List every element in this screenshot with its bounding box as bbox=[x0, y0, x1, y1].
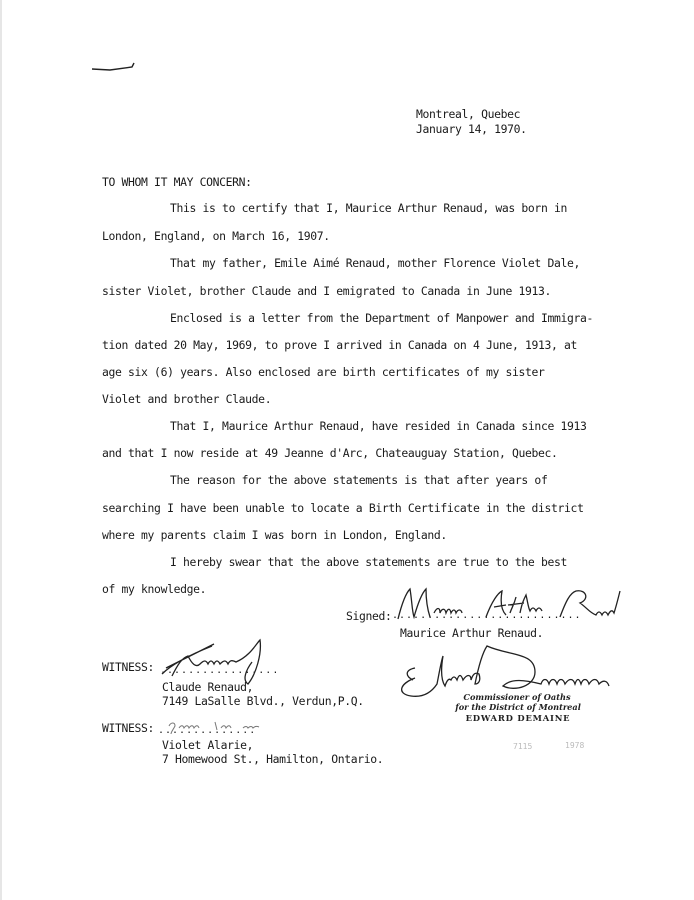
body-line: The reason for the above statements is t… bbox=[170, 473, 547, 487]
witness-2-name: Violet Alarie, bbox=[162, 738, 253, 752]
body-line: That my father, Emile Aimé Renaud, mothe… bbox=[170, 256, 580, 270]
body-line: sister Violet, brother Claude and I emig… bbox=[102, 284, 551, 298]
typed-name-signatory: Maurice Arthur Renaud. bbox=[400, 626, 543, 640]
body-line: and that I now reside at 49 Jeanne d'Arc… bbox=[102, 446, 558, 460]
witness-2-dotted-line: .............. bbox=[158, 724, 256, 738]
body-line: searching I have been unable to locate a… bbox=[102, 501, 584, 515]
salutation: TO WHOM IT MAY CONCERN: bbox=[102, 175, 252, 189]
faint-mark: 7115 bbox=[513, 742, 532, 751]
faint-mark: 1978 bbox=[565, 741, 584, 750]
witness-2-address: 7 Homewood St., Hamilton, Ontario. bbox=[162, 752, 383, 766]
pen-mark bbox=[90, 60, 140, 76]
commissioner-title-line1: Commissioner of Oaths bbox=[442, 692, 592, 702]
date-line: January 14, 1970. bbox=[416, 122, 527, 136]
witness-1-label: WITNESS: bbox=[102, 660, 154, 674]
witness-2-label: WITNESS: bbox=[102, 721, 154, 735]
commissioner-title-line2: for the District of Montreal bbox=[438, 702, 598, 712]
witness-1-address: 7149 LaSalle Blvd., Verdun,P.Q. bbox=[162, 694, 364, 708]
body-line: of my knowledge. bbox=[102, 582, 206, 596]
body-line: age six (6) years. Also enclosed are bir… bbox=[102, 365, 545, 379]
witness-1-name: Claude Renaud, bbox=[162, 680, 253, 694]
body-line: tion dated 20 May, 1969, to prove I arri… bbox=[102, 338, 577, 352]
signed-label: Signed: bbox=[346, 609, 392, 623]
witness-1-dotted-line: ................. bbox=[160, 664, 279, 678]
signature-claude bbox=[152, 634, 292, 686]
commissioner-name: EDWARD DEMAINE bbox=[448, 713, 588, 723]
body-line: I hereby swear that the above statements… bbox=[170, 555, 567, 569]
body-line: Enclosed is a letter from the Department… bbox=[170, 311, 593, 325]
body-line: That I, Maurice Arthur Renaud, have resi… bbox=[170, 419, 587, 433]
body-line: This is to certify that I, Maurice Arthu… bbox=[170, 201, 567, 215]
page-scan-edge bbox=[0, 0, 2, 900]
signature-dotted-line: ........................... bbox=[392, 609, 582, 623]
place-line: Montreal, Quebec bbox=[416, 107, 520, 121]
body-line: Violet and brother Claude. bbox=[102, 392, 271, 406]
body-line: London, England, on March 16, 1907. bbox=[102, 229, 330, 243]
body-line: where my parents claim I was born in Lon… bbox=[102, 528, 447, 542]
